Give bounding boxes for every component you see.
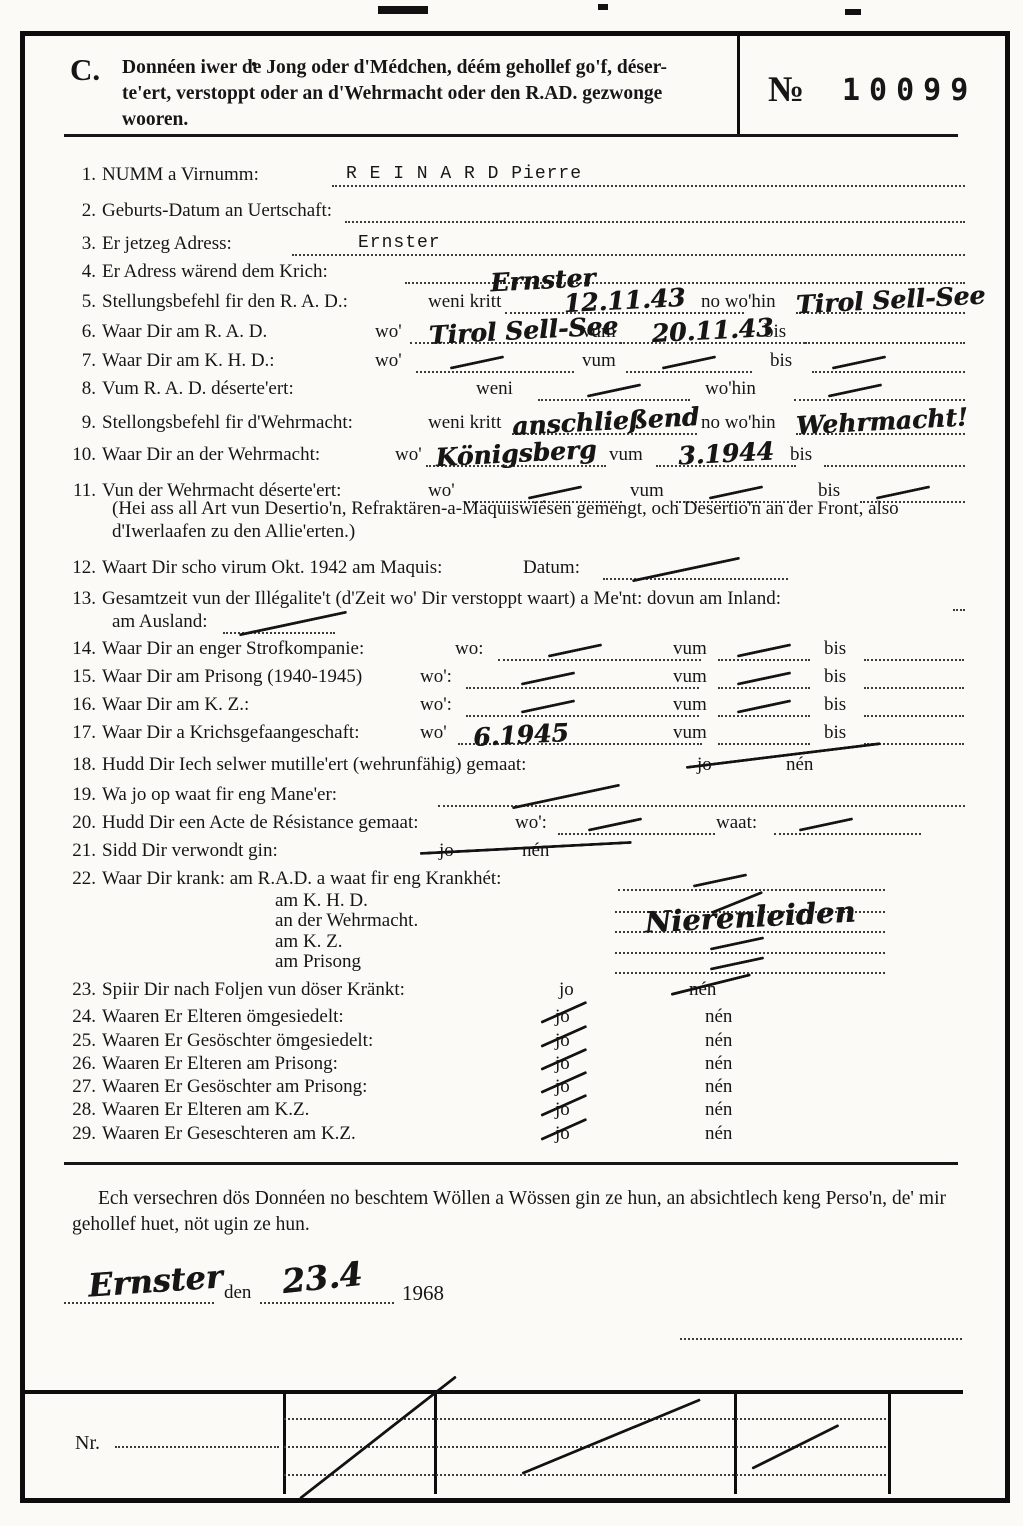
row-label: Waar Dir am K. H. D.:: [102, 350, 275, 372]
form-field[interactable]: [558, 807, 715, 835]
field-word-label: bis: [824, 638, 846, 660]
form-field[interactable]: [498, 633, 701, 661]
form-row: 19.Wa jo op waat fir eng Mane'er:: [60, 780, 965, 810]
field-word-label: bis: [824, 722, 846, 744]
handwritten-dash-mark: [511, 784, 619, 810]
header-divider: [737, 34, 740, 135]
row-label: Waaren Er Elteren ömgesiedelt:: [102, 1006, 344, 1028]
row-number: 4.: [60, 261, 96, 283]
form-row: 29.Waaren Er Geseschteren am K.Z.jonén: [60, 1119, 965, 1149]
form-field[interactable]: [615, 946, 885, 974]
form-field[interactable]: [718, 689, 810, 717]
row-label: Spiir Dir nach Foljen vun döser Kränkt:: [102, 979, 405, 1001]
field-word-label: vum: [673, 638, 707, 660]
form-row: 23.Spiir Dir nach Foljen vun döser Kränk…: [60, 975, 965, 1005]
row-number: 8.: [60, 378, 96, 400]
field-word-label: wo': [375, 350, 402, 372]
footer-table-dotted-line: [284, 1454, 886, 1476]
field-word-label: wo': [395, 444, 422, 466]
field-word-label: bis: [764, 321, 786, 343]
form-row: 9.Stellongsbefehl fir d'Wehrmacht:weni k…: [60, 408, 965, 438]
row-number: 29.: [60, 1123, 96, 1145]
form-field[interactable]: [864, 661, 964, 689]
nen-option[interactable]: nén: [786, 754, 813, 776]
handwritten-dash-mark: [520, 699, 574, 713]
form-row: 16.Waar Dir am K. Z.:wo':vumbis: [60, 690, 965, 720]
form-note-row: (Hei ass all Art vun Desertio'n, Refrakt…: [60, 498, 965, 528]
row-number: 6.: [60, 321, 96, 343]
form-title-line: Donnéen iwer de Jong oder d'Médchen, déé…: [122, 55, 722, 81]
row-label: Waart Dir scho virum Okt. 1942 am Maquis…: [102, 557, 442, 579]
footer-table-divider: [888, 1390, 891, 1494]
row-label: Stellungsbefehl fir den R. A. D.:: [102, 291, 348, 313]
row-label: Er jetzeg Adress:: [102, 233, 232, 255]
form-row: 2.Geburts-Datum an Uertschaft:: [60, 196, 965, 226]
row-number: 16.: [60, 694, 96, 716]
row-label: Waaren Er Elteren am K.Z.: [102, 1099, 309, 1121]
form-number: 10099: [842, 73, 977, 108]
row-number: 18.: [60, 754, 96, 776]
form-row: 7.Waar Dir am K. H. D.:wo'vumbis: [60, 346, 965, 376]
form-row: 21.Sidd Dir verwondt gin:jonén: [60, 836, 965, 866]
field-word-label: no wo'hin: [701, 291, 776, 313]
form-row: am Prisong: [60, 947, 965, 977]
signature-year: 1968: [402, 1281, 444, 1306]
row-label: Waar Dir an enger Strofkompanie:: [102, 638, 364, 660]
handwritten-dash-mark: [737, 699, 791, 713]
field-word-label: wo': [375, 321, 402, 343]
nen-option[interactable]: nén: [705, 1006, 732, 1028]
field-word-label: wo':: [420, 666, 452, 688]
form-field[interactable]: [864, 717, 964, 745]
row-label: (Hei ass all Art vun Desertio'n, Refrakt…: [112, 498, 970, 543]
field-word-label: wo'hin: [705, 378, 756, 400]
section-rule: [64, 1162, 958, 1165]
row-label: am Prisong: [275, 951, 361, 973]
form-field[interactable]: anschließend: [512, 407, 697, 435]
handwritten-value: 3.1944: [655, 435, 796, 471]
field-word-label: no wo'hin: [701, 412, 776, 434]
field-word-label: weni: [476, 378, 513, 400]
field-word-label: vum: [609, 444, 643, 466]
form-field[interactable]: [718, 633, 810, 661]
form-row: 6.Waar Dir am R. A. D.wo'Tirol Sell-Seev…: [60, 317, 965, 347]
field-word-label: bis: [770, 350, 792, 372]
handwritten-dash-mark: [737, 643, 791, 657]
form-field[interactable]: [774, 807, 921, 835]
form-field[interactable]: Ernster: [405, 256, 965, 284]
handwritten-value: Wehrmacht!: [795, 403, 965, 441]
handwritten-dash-mark: [547, 643, 601, 657]
form-field[interactable]: [805, 316, 965, 344]
field-word-label: vum: [582, 321, 616, 343]
row-number: 10.: [60, 444, 96, 466]
form-field[interactable]: [812, 345, 965, 373]
form-field[interactable]: [438, 779, 965, 807]
handwritten-dash-mark: [587, 817, 641, 831]
field-word-label: waat:: [716, 812, 757, 834]
row-number: 3.: [60, 233, 96, 255]
form-row: 14.Waar Dir an enger Strofkompanie:wo:vu…: [60, 634, 965, 664]
row-label: Wa jo op waat fir eng Mane'er:: [102, 784, 337, 806]
scanned-form-page: C. Donnéen iwer de Jong oder d'Médchen, …: [0, 0, 1023, 1526]
handwritten-dash-mark: [662, 355, 716, 369]
row-number: 20.: [60, 812, 96, 834]
field-word-label: wo':: [420, 694, 452, 716]
form-title: Donnéen iwer de Jong oder d'Médchen, déé…: [122, 55, 722, 133]
field-word-label: vum: [673, 666, 707, 688]
handwritten-dash-mark: [520, 671, 574, 685]
footer-table-top-bar: [20, 1390, 963, 1394]
signature-date-handwriting: 23.4: [280, 1254, 364, 1301]
row-number: 7.: [60, 350, 96, 372]
form-field[interactable]: [794, 373, 965, 401]
form-field[interactable]: 6.1945: [458, 717, 702, 745]
row-label: Waar Dir am R. A. D.: [102, 321, 267, 343]
scan-artifact: [378, 6, 428, 14]
scan-artifact: [598, 4, 608, 10]
handwritten-dash-mark: [450, 355, 504, 369]
field-word-label: weni kritt: [428, 291, 501, 313]
row-label: Hudd Dir een Acte de Résistance gemaat:: [102, 812, 419, 834]
form-field[interactable]: [223, 606, 335, 634]
form-field[interactable]: [345, 195, 965, 223]
row-label: Waar Dir am K. Z.:: [102, 694, 249, 716]
form-row: 15.Waar Dir am Prisong (1940-1945)wo':vu…: [60, 662, 965, 692]
form-field[interactable]: [824, 439, 965, 467]
row-label: Er Adress wärend dem Krich:: [102, 261, 328, 283]
form-title-line: te'ert, verstoppt oder an d'Wehrmacht od…: [122, 81, 722, 107]
handwritten-dash-mark: [239, 611, 347, 637]
field-word-label: wo': [420, 722, 447, 744]
handwritten-dash-mark: [827, 383, 881, 397]
field-word-label: wo:: [455, 638, 484, 660]
form-field[interactable]: [466, 661, 699, 689]
form-row: 18.Hudd Dir Iech selwer mutille'ert (weh…: [60, 750, 965, 780]
form-field[interactable]: R E I N A R D Pierre: [332, 159, 965, 187]
nr-label: Nr.: [75, 1432, 100, 1455]
form-row: 12.Waart Dir scho virum Okt. 1942 am Maq…: [60, 553, 965, 583]
row-number: 19.: [60, 784, 96, 806]
handwritten-dash-mark: [798, 817, 852, 831]
numero-sign: №: [768, 68, 804, 110]
field-word-label: bis: [790, 444, 812, 466]
handwritten-dash-mark: [587, 383, 641, 397]
row-number: 1.: [60, 164, 96, 186]
jo-option[interactable]: jo: [559, 979, 574, 1001]
declaration-text: Ech versechren dös Donnéen no beschtem W…: [72, 1186, 946, 1238]
form-field[interactable]: [864, 689, 964, 717]
row-label: Waar Dir a Krichsgefaangeschaft:: [102, 722, 359, 744]
form-row: 8.Vum R. A. D. déserte'ert:weniwo'hin: [60, 374, 965, 404]
signature-den-label: den: [224, 1282, 251, 1304]
form-row: 5.Stellungsbefehl fir den R. A. D.:weni …: [60, 287, 965, 317]
official-signature-line[interactable]: [680, 1314, 962, 1340]
form-field[interactable]: [864, 633, 964, 661]
typed-value: R E I N A R D Pierre: [346, 164, 582, 184]
typed-value: Ernster: [358, 233, 441, 253]
form-field[interactable]: [718, 661, 810, 689]
header-rule: [64, 134, 958, 137]
row-number: 2.: [60, 200, 96, 222]
footer-table-dotted-line: [284, 1398, 886, 1420]
scan-artifact: [845, 9, 861, 15]
nen-option[interactable]: nén: [705, 1099, 732, 1121]
row-label: Waaren Er Geseschteren am K.Z.: [102, 1123, 356, 1145]
form-row: 17.Waar Dir a Krichsgefaangeschaft:wo'6.…: [60, 718, 965, 748]
row-label: Waar Dir an der Wehrmacht:: [102, 444, 320, 466]
form-row: 10.Waar Dir an der Wehrmacht:wo'Königsbe…: [60, 440, 965, 470]
field-word-label: bis: [824, 694, 846, 716]
nen-option[interactable]: nén: [705, 1123, 732, 1145]
handwritten-dash-mark: [831, 355, 885, 369]
row-number: 17.: [60, 722, 96, 744]
nen-option[interactable]: nén: [522, 840, 549, 862]
form-row: 4.Er Adress wärend dem Krich:Ernster: [60, 257, 965, 287]
form-field[interactable]: [416, 345, 574, 373]
row-label: Waar Dir am Prisong (1940-1945): [102, 666, 362, 688]
field-word-label: wo':: [515, 812, 547, 834]
field-word-label: vum: [582, 350, 616, 372]
row-number: 15.: [60, 666, 96, 688]
row-number: 9.: [60, 412, 96, 434]
row-label: am Ausland:: [112, 611, 208, 633]
row-label: Geburts-Datum an Uertschaft:: [102, 200, 332, 222]
section-letter: C.: [70, 52, 100, 88]
form-field[interactable]: [603, 552, 788, 580]
handwritten-dash-mark: [631, 557, 739, 583]
field-word-label: bis: [824, 666, 846, 688]
row-label: NUMM a Virnumm:: [102, 164, 259, 186]
handwritten-dash-mark: [737, 671, 791, 685]
form-title-line: wooren.: [122, 107, 722, 133]
form-field[interactable]: [626, 345, 752, 373]
field-word-label: Datum:: [523, 557, 580, 579]
row-number: 23.: [60, 979, 96, 1001]
form-field[interactable]: [538, 373, 690, 401]
form-row: 20.Hudd Dir een Acte de Résistance gemaa…: [60, 808, 965, 838]
row-label: Hudd Dir Iech selwer mutille'ert (wehrun…: [102, 754, 526, 776]
nr-dotted-line[interactable]: [115, 1426, 279, 1448]
handwritten-value: Tirol Sell-See: [795, 282, 965, 320]
row-number: 24.: [60, 1006, 96, 1028]
row-number: 5.: [60, 291, 96, 313]
row-label: Vum R. A. D. déserte'ert:: [102, 378, 294, 400]
form-field[interactable]: Königsberg: [426, 439, 606, 467]
row-label: Stellongsbefehl fir d'Wehrmacht:: [102, 412, 353, 434]
form-field[interactable]: Wehrmacht!: [796, 407, 965, 435]
form-field[interactable]: [718, 717, 810, 745]
handwritten-dash-mark: [710, 956, 764, 970]
row-number: 14.: [60, 638, 96, 660]
form-field[interactable]: Tirol Sell-See: [796, 286, 965, 314]
row-number: 28.: [60, 1099, 96, 1121]
handwritten-value: Königsberg: [425, 434, 606, 472]
form-field[interactable]: 3.1944: [656, 439, 796, 467]
row-number: 21.: [60, 840, 96, 862]
row-number: 12.: [60, 557, 96, 579]
field-word-label: weni kritt: [428, 412, 501, 434]
row-label: Sidd Dir verwondt gin:: [102, 840, 278, 862]
field-word-label: vum: [673, 722, 707, 744]
form-row: 1.NUMM a Virnumm:R E I N A R D Pierre: [60, 160, 965, 190]
